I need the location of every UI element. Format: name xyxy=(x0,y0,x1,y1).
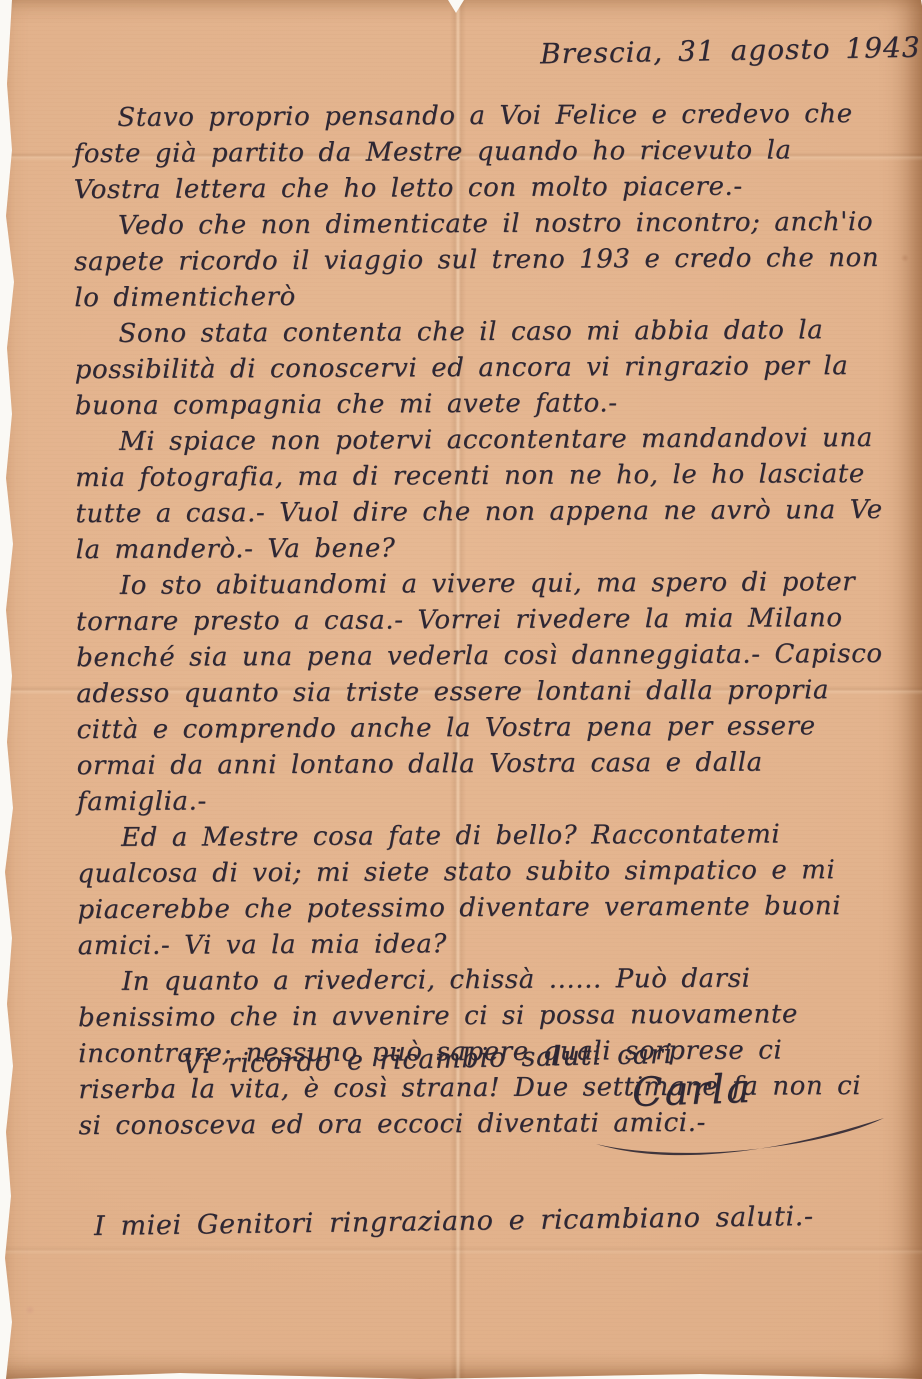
scanned-letter: Brescia, 31 agosto 1943 Stavo proprio pe… xyxy=(0,0,922,1379)
fold-crease-horizontal-bottom xyxy=(0,1246,922,1255)
letter-paragraph: Io sto abituandomi a vivere qui, ma sper… xyxy=(76,564,889,820)
letter-paragraph: Sono stata contenta che il caso mi abbia… xyxy=(74,312,887,424)
letter-paragraph: Ed a Mestre cosa fate di bello? Racconta… xyxy=(77,816,890,964)
letter-paragraph: Mi spiace non potervi accontentare manda… xyxy=(75,420,888,568)
letter-body: Stavo proprio pensando a Voi Felice e cr… xyxy=(73,96,890,1144)
dateline: Brescia, 31 agosto 1943 xyxy=(540,31,921,71)
letter-paper: Brescia, 31 agosto 1943 Stavo proprio pe… xyxy=(0,0,922,1379)
signature-flourish xyxy=(592,1106,892,1166)
letter-paragraph: Vedo che non dimenticate il nostro incon… xyxy=(74,204,887,316)
letter-paragraph: Stavo proprio pensando a Voi Felice e cr… xyxy=(73,96,886,208)
postscript-line: I miei Genitori ringraziano e ricambiano… xyxy=(94,1201,814,1242)
